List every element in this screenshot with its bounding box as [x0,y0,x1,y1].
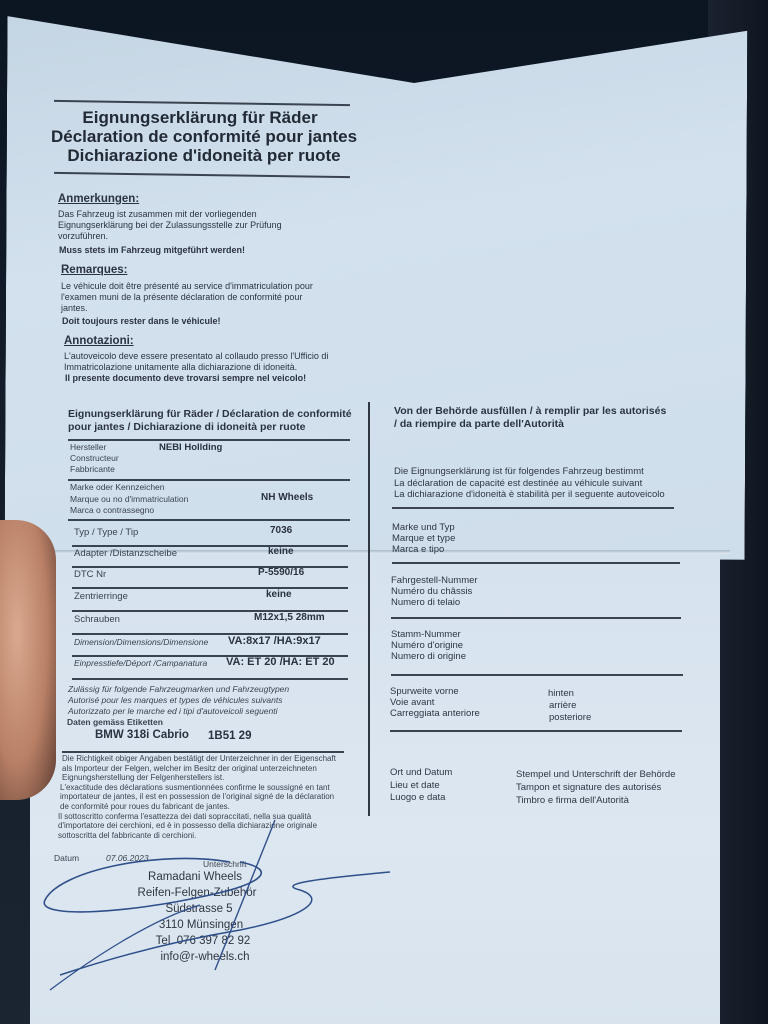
declaration-document: Eignungserklärung für Räder Déclaration … [0,0,768,1024]
handwritten-signature [0,0,768,1024]
